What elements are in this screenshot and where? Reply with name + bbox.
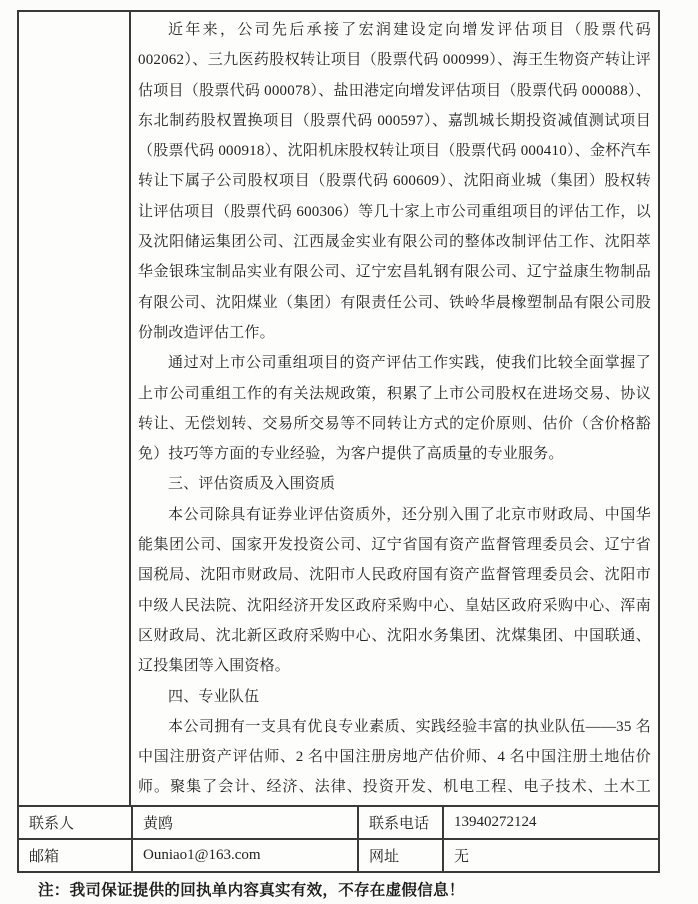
company-intro-row: 近年来，公司先后承接了宏润建设定向增发评估项目（股票代码 002062）、三九医… bbox=[19, 12, 658, 807]
contact-row-email: 邮箱 Ouniao1@163.com 网址 无 bbox=[19, 840, 658, 871]
paragraph-qualifications: 本公司除具有证券业评估资质外，还分别入围了北京市财政局、中国华能集团公司、国家开… bbox=[138, 500, 651, 682]
receipt-table: 近年来，公司先后承接了宏润建设定向增发评估项目（股票代码 002062）、三九医… bbox=[17, 10, 660, 873]
email-label: 邮箱 bbox=[19, 840, 133, 871]
contact-person-label: 联系人 bbox=[19, 807, 133, 838]
heading-qualifications: 三、评估资质及入围资质 bbox=[138, 469, 651, 499]
contact-phone-value: 13940272124 bbox=[444, 807, 658, 838]
email-value: Ouniao1@163.com bbox=[133, 840, 359, 871]
paragraph-recent-projects: 近年来，公司先后承接了宏润建设定向增发评估项目（股票代码 002062）、三九医… bbox=[138, 15, 651, 348]
paragraph-professional-team: 本公司拥有一支具有优良专业素质、实践经验丰富的执业队伍——35 名中国注册资产评… bbox=[138, 712, 651, 805]
website-label: 网址 bbox=[359, 840, 444, 871]
company-intro-cell: 近年来，公司先后承接了宏润建设定向增发评估项目（股票代码 002062）、三九医… bbox=[131, 12, 658, 805]
validity-note: 注：我司保证提供的回执单内容真实有效，不存在虚假信息！ bbox=[38, 878, 465, 900]
website-value: 无 bbox=[444, 840, 658, 871]
paragraph-restructuring-experience: 通过对上市公司重组项目的资产评估工作实践，使我们比较全面掌握了上市公司重组工作的… bbox=[138, 348, 651, 469]
contact-row-person: 联系人 黄鸥 联系电话 13940272124 bbox=[19, 807, 658, 840]
left-spacer-cell bbox=[19, 12, 131, 805]
contact-phone-label: 联系电话 bbox=[359, 807, 444, 838]
contact-person-value: 黄鸥 bbox=[133, 807, 359, 838]
heading-professional-team: 四、专业队伍 bbox=[138, 682, 651, 712]
